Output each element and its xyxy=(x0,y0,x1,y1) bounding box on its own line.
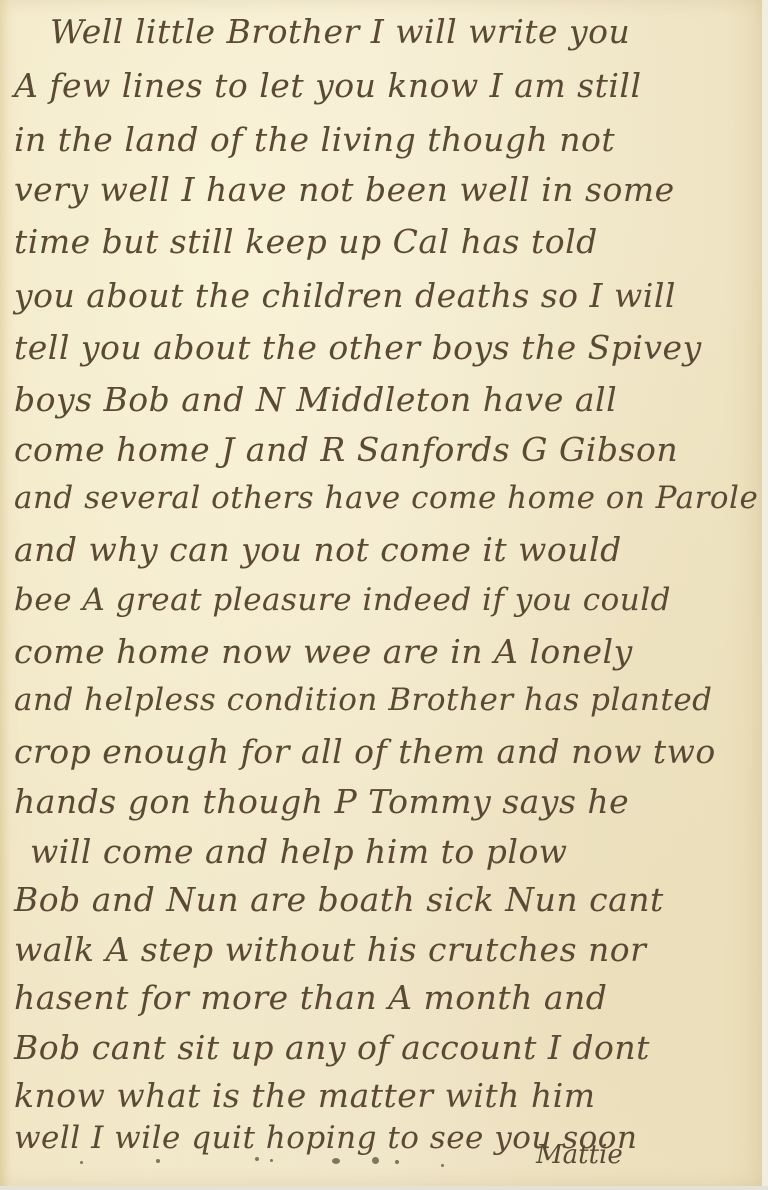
letter-line-13: come home now wee are in A lonely xyxy=(14,632,633,671)
letter-page: Well little Brother I will write you A f… xyxy=(0,0,762,1186)
ink-spot xyxy=(332,1158,340,1164)
letter-line-15: crop enough for all of them and now two xyxy=(14,732,716,771)
page-edge-bottom xyxy=(0,1186,768,1190)
letter-line-6: you about the children deaths so I will xyxy=(14,276,676,315)
letter-line-20: hasent for more than A month and xyxy=(14,978,607,1017)
letter-line-21: Bob cant sit up any of account I dont xyxy=(14,1028,650,1067)
letter-line-16: hands gon though P Tommy says he xyxy=(14,782,629,821)
page-edge-right xyxy=(762,0,768,1190)
letter-line-18: Bob and Nun are boath sick Nun cant xyxy=(14,880,664,919)
letter-line-10: and several others have come home on Par… xyxy=(14,480,758,516)
ink-spot xyxy=(270,1159,273,1162)
letter-line-14: and helpless condition Brother has plant… xyxy=(14,682,713,718)
letter-line-9: come home J and R Sanfords G Gibson xyxy=(14,430,678,469)
letter-line-17: will come and help him to plow xyxy=(30,832,568,871)
ink-spot xyxy=(372,1157,379,1164)
letter-line-22: know what is the matter with him xyxy=(14,1076,595,1115)
letter-line-11: and why can you not come it would xyxy=(14,530,622,569)
letter-line-4: very well I have not been well in some xyxy=(14,170,675,209)
letter-line-19: walk A step without his crutches nor xyxy=(14,930,646,969)
letter-line-8: boys Bob and N Middleton have all xyxy=(14,380,617,419)
ink-spot xyxy=(156,1159,160,1163)
letter-line-5: time but still keep up Cal has told xyxy=(14,222,598,261)
letter-line-12: bee A great pleasure indeed if you could xyxy=(14,582,671,618)
ink-spot xyxy=(395,1160,399,1164)
ink-spot xyxy=(80,1161,83,1164)
ink-spot xyxy=(255,1157,259,1161)
signature: Mattie xyxy=(536,1140,623,1170)
letter-line-2: A few lines to let you know I am still xyxy=(14,66,642,105)
letter-line-7: tell you about the other boys the Spivey xyxy=(14,328,702,367)
ink-spot xyxy=(441,1164,444,1167)
letter-line-1: Well little Brother I will write you xyxy=(50,12,630,51)
letter-line-3: in the land of the living though not xyxy=(14,120,615,159)
